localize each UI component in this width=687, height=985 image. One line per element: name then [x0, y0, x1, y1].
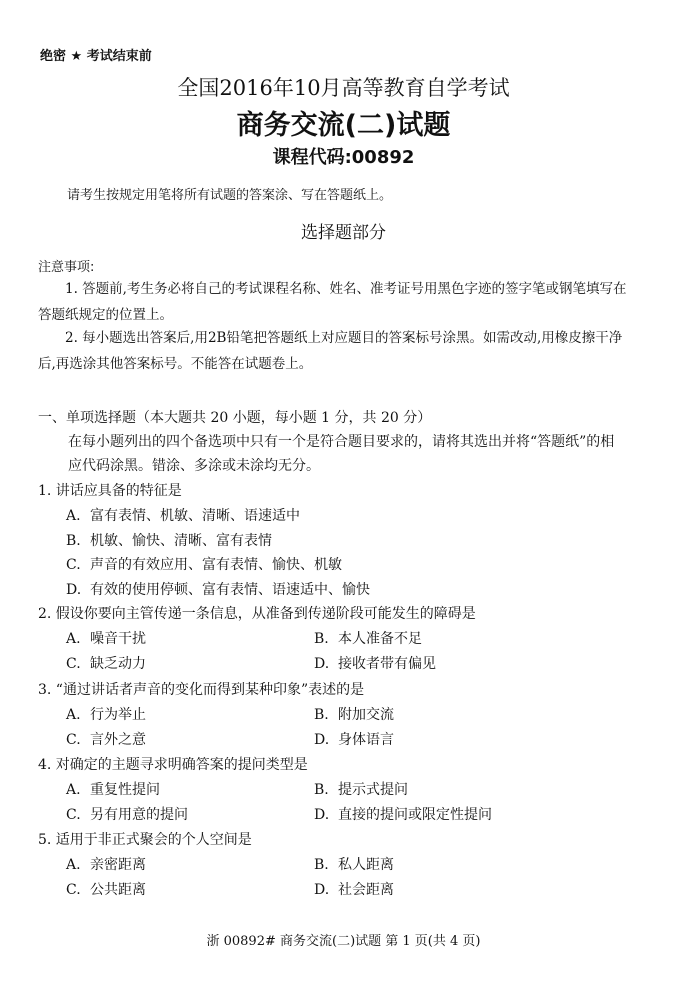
option-text: 有效的使用停顿、富有表情、语速适中、愉快	[90, 582, 370, 598]
option-text: 行为举止	[90, 707, 146, 723]
option-letter: B.	[314, 631, 338, 647]
option-letter: B.	[314, 707, 338, 723]
option-text: 提示式提问	[338, 782, 408, 798]
option-letter: D.	[314, 656, 338, 672]
option-text: 重复性提问	[90, 782, 160, 798]
option-a: A.富有表情、机敏、清晰、语速适中	[66, 505, 300, 525]
option-letter: C.	[66, 882, 90, 898]
option-b: B.提示式提问	[314, 779, 408, 799]
option-text: 另有用意的提问	[90, 807, 188, 823]
exam-title: 全国2016年10月高等教育自学考试	[0, 72, 687, 102]
option-d: D.有效的使用停顿、富有表情、语速适中、愉快	[66, 579, 370, 599]
option-d: D.身体语言	[314, 729, 394, 749]
option-a: A.行为举止	[66, 704, 146, 724]
question-stem: 4. 对确定的主题寻求明确答案的提问类型是	[38, 754, 308, 774]
option-letter: A.	[66, 631, 90, 647]
option-a: A.重复性提问	[66, 779, 160, 799]
option-c: C.另有用意的提问	[66, 804, 188, 824]
notes-heading: 注意事项:	[38, 256, 94, 275]
question-stem: 2. 假设你要向主管传递一条信息，从准备到传递阶段可能发生的障碍是	[38, 603, 476, 623]
option-text: 身体语言	[338, 732, 394, 748]
option-c: C.缺乏动力	[66, 653, 146, 673]
option-letter: D.	[314, 807, 338, 823]
option-letter: A.	[66, 707, 90, 723]
option-text: 私人距离	[338, 857, 394, 873]
option-b: B.本人准备不足	[314, 628, 422, 648]
option-letter: C.	[66, 557, 90, 573]
question-stem: 5. 适用于非正式聚会的个人空间是	[38, 829, 252, 849]
note-item: 2. 每小题选出答案后,用2B铅笔把答题纸上对应题目的答案标号涂黑。如需改动,用…	[38, 325, 628, 377]
option-text: 接收者带有偏见	[338, 656, 436, 672]
course-code: 课程代码:00892	[0, 143, 687, 169]
option-text: 声音的有效应用、富有表情、愉快、机敏	[90, 557, 342, 573]
option-text: 直接的提问或限定性提问	[338, 807, 492, 823]
option-letter: A.	[66, 508, 90, 524]
answer-instruction: 请考生按规定用笔将所有试题的答案涂、写在答题纸上。	[67, 184, 392, 203]
option-b: B.机敏、愉快、清晰、富有表情	[66, 530, 272, 550]
option-text: 公共距离	[90, 882, 146, 898]
option-letter: B.	[314, 782, 338, 798]
question-stem: 3. “通过讲话者声音的变化而得到某种印象”表述的是	[38, 679, 364, 699]
option-text: 附加交流	[338, 707, 394, 723]
option-d: D.接收者带有偏见	[314, 653, 436, 673]
option-text: 缺乏动力	[90, 656, 146, 672]
paper-title: 商务交流(二)试题	[0, 103, 687, 142]
option-text: 富有表情、机敏、清晰、语速适中	[90, 508, 300, 524]
option-c: C.声音的有效应用、富有表情、愉快、机敏	[66, 554, 342, 574]
option-letter: C.	[66, 732, 90, 748]
option-letter: B.	[314, 857, 338, 873]
option-c: C.言外之意	[66, 729, 146, 749]
option-letter: A.	[66, 782, 90, 798]
option-d: D.直接的提问或限定性提问	[314, 804, 492, 824]
option-letter: D.	[314, 882, 338, 898]
option-b: B.附加交流	[314, 704, 394, 724]
option-letter: D.	[314, 732, 338, 748]
option-a: A.亲密距离	[66, 854, 146, 874]
option-c: C.公共距离	[66, 879, 146, 899]
option-letter: D.	[66, 582, 90, 598]
confidential-label: 绝密 ★ 考试结束前	[40, 45, 152, 64]
option-text: 言外之意	[90, 732, 146, 748]
section-heading: 一、单项选择题（本大题共 20 小题，每小题 1 分，共 20 分）	[38, 407, 431, 427]
option-a: A.噪音干扰	[66, 628, 146, 648]
option-text: 社会距离	[338, 882, 394, 898]
question-stem: 1. 讲话应具备的特征是	[38, 480, 182, 500]
option-d: D.社会距离	[314, 879, 394, 899]
section-description: 在每小题列出的四个备选项中只有一个是符合题目要求的，请将其选出并将“答题纸”的相…	[68, 430, 628, 478]
option-text: 机敏、愉快、清晰、富有表情	[90, 533, 272, 549]
option-letter: B.	[66, 533, 90, 549]
page-footer: 浙 00892# 商务交流(二)试题 第 1 页(共 4 页)	[0, 930, 687, 949]
option-letter: C.	[66, 807, 90, 823]
option-text: 本人准备不足	[338, 631, 422, 647]
option-text: 噪音干扰	[90, 631, 146, 647]
part-title: 选择题部分	[0, 218, 687, 243]
option-letter: A.	[66, 857, 90, 873]
option-text: 亲密距离	[90, 857, 146, 873]
note-item: 1. 答题前,考生务必将自己的考试课程名称、姓名、准考证号用黑色字迹的签字笔或钢…	[38, 276, 628, 328]
option-letter: C.	[66, 656, 90, 672]
option-b: B.私人距离	[314, 854, 394, 874]
